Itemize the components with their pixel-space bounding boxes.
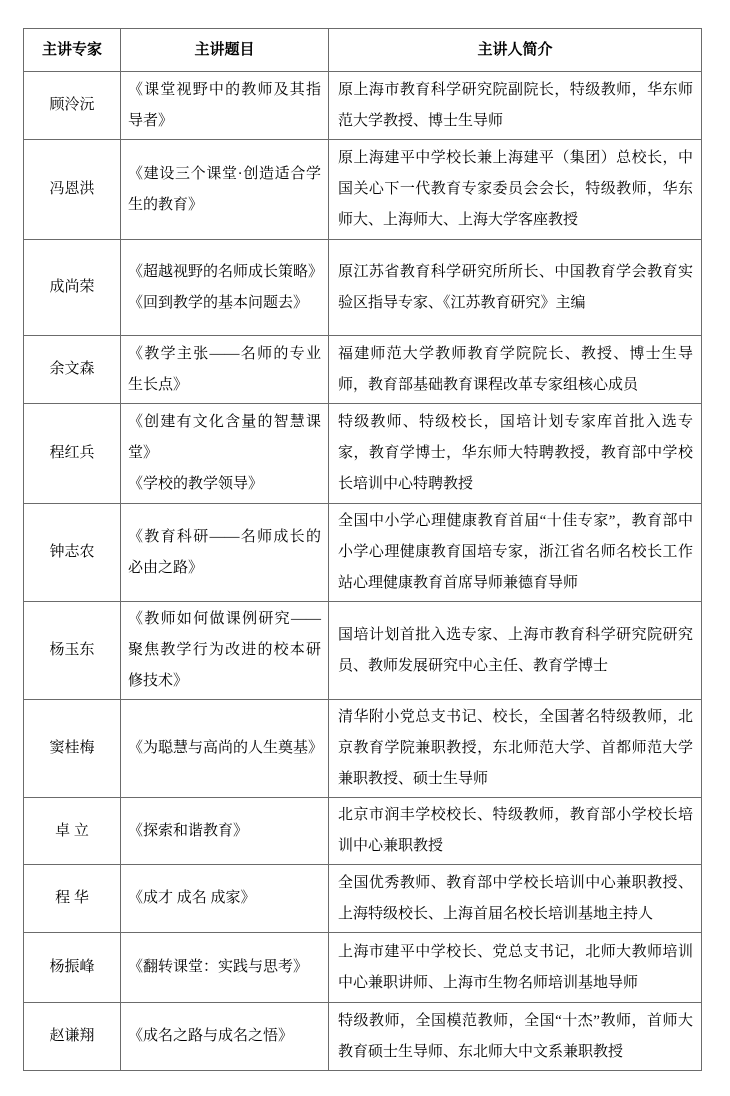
topic-cell: 《成名之路与成名之悟》 [121,1003,329,1071]
topic-cell: 《成才 成名 成家》 [121,865,329,933]
expert-name-cell: 杨玉东 [24,602,121,700]
table-row: 赵谦翔 《成名之路与成名之悟》 特级教师，全国模范教师，全国“十杰”教师，首师大… [24,1003,702,1071]
expert-name-cell: 窦桂梅 [24,700,121,798]
expert-name-cell: 顾泠沅 [24,72,121,140]
table-row: 成尚荣 《超越视野的名师成长策略》 《回到教学的基本问题去》 原江苏省教育科学研… [24,240,702,336]
expert-name-cell: 钟志农 [24,504,121,602]
bio-cell: 上海市建平中学校长、党总支书记，北师大教师培训中心兼职讲师、上海市生物名师培训基… [329,933,702,1003]
topic-title: 《课堂视野中的教师及其指导者》 [128,75,321,137]
topic-title: 《建设三个课堂·创造适合学生的教育》 [128,159,321,221]
bio-cell: 北京市润丰学校校长、特级教师，教育部小学校长培训中心兼职教授 [329,798,702,865]
topic-title: 《创建有文化含量的智慧课堂》 [128,407,321,469]
topic-cell: 《教育科研——名师成长的必由之路》 [121,504,329,602]
topic-cell: 《创建有文化含量的智慧课堂》 《学校的教学领导》 [121,404,329,504]
table-row: 余文森 《教学主张——名师的专业生长点》 福建师范大学教师教育学院院长、教授、博… [24,336,702,404]
topic-cell: 《教师如何做课例研究——聚焦教学行为改进的校本研修技术》 [121,602,329,700]
topic-title: 《回到教学的基本问题去》 [128,288,321,319]
bio-cell: 特级教师，全国模范教师，全国“十杰”教师，首师大教育硕士生导师、东北师大中文系兼… [329,1003,702,1071]
header-expert: 主讲专家 [24,29,121,72]
topic-title: 《成才 成名 成家》 [128,883,321,914]
topic-cell: 《建设三个课堂·创造适合学生的教育》 [121,140,329,240]
expert-name-cell: 杨振峰 [24,933,121,1003]
topic-title: 《超越视野的名师成长策略》 [128,257,321,288]
bio-cell: 福建师范大学教师教育学院院长、教授、博士生导师，教育部基础教育课程改革专家组核心… [329,336,702,404]
expert-name-cell: 成尚荣 [24,240,121,336]
topic-title: 《教师如何做课例研究——聚焦教学行为改进的校本研修技术》 [128,604,321,697]
header-row: 主讲专家 主讲题目 主讲人简介 [24,29,702,72]
expert-name-cell: 余文森 [24,336,121,404]
topic-cell: 《超越视野的名师成长策略》 《回到教学的基本问题去》 [121,240,329,336]
table-row: 卓 立 《探索和谐教育》 北京市润丰学校校长、特级教师，教育部小学校长培训中心兼… [24,798,702,865]
topic-title: 《探索和谐教育》 [128,816,321,847]
topic-title: 《教育科研——名师成长的必由之路》 [128,522,321,584]
expert-name-cell: 赵谦翔 [24,1003,121,1071]
bio-cell: 国培计划首批入选专家、上海市教育科学研究院研究员、教师发展研究中心主任、教育学博… [329,602,702,700]
topic-cell: 《为聪慧与高尚的人生奠基》 [121,700,329,798]
topic-title: 《教学主张——名师的专业生长点》 [128,339,321,401]
document-page: 主讲专家 主讲题目 主讲人简介 顾泠沅 《课堂视野中的教师及其指导者》 原上海市… [0,0,730,1096]
table-row: 杨玉东 《教师如何做课例研究——聚焦教学行为改进的校本研修技术》 国培计划首批入… [24,602,702,700]
table-row: 顾泠沅 《课堂视野中的教师及其指导者》 原上海市教育科学研究院副院长，特级教师，… [24,72,702,140]
header-bio: 主讲人简介 [329,29,702,72]
expert-name-cell: 程红兵 [24,404,121,504]
topic-cell: 《课堂视野中的教师及其指导者》 [121,72,329,140]
lecturers-table: 主讲专家 主讲题目 主讲人简介 顾泠沅 《课堂视野中的教师及其指导者》 原上海市… [23,28,702,1071]
expert-name-cell: 冯恩洪 [24,140,121,240]
topic-cell: 《翻转课堂：实践与思考》 [121,933,329,1003]
topic-title: 《学校的教学领导》 [128,469,321,500]
table-row: 程红兵 《创建有文化含量的智慧课堂》 《学校的教学领导》 特级教师、特级校长，国… [24,404,702,504]
bio-cell: 原上海建平中学校长兼上海建平（集团）总校长，中国关心下一代教育专家委员会会长，特… [329,140,702,240]
topic-title: 《翻转课堂：实践与思考》 [128,952,321,983]
bio-cell: 特级教师、特级校长，国培计划专家库首批入选专家，教育学博士，华东师大特聘教授，教… [329,404,702,504]
topic-title: 《为聪慧与高尚的人生奠基》 [128,733,321,764]
topic-cell: 《探索和谐教育》 [121,798,329,865]
table-row: 杨振峰 《翻转课堂：实践与思考》 上海市建平中学校长、党总支书记，北师大教师培训… [24,933,702,1003]
topic-cell: 《教学主张——名师的专业生长点》 [121,336,329,404]
expert-name-cell: 程 华 [24,865,121,933]
bio-cell: 原江苏省教育科学研究所所长、中国教育学会教育实验区指导专家、《江苏教育研究》主编 [329,240,702,336]
expert-name-cell: 卓 立 [24,798,121,865]
bio-cell: 全国中小学心理健康教育首届“十佳专家”，教育部中小学心理健康教育国培专家，浙江省… [329,504,702,602]
bio-cell: 清华附小党总支书记、校长，全国著名特级教师，北京教育学院兼职教授，东北师范大学、… [329,700,702,798]
bio-cell: 原上海市教育科学研究院副院长，特级教师，华东师范大学教授、博士生导师 [329,72,702,140]
table-row: 钟志农 《教育科研——名师成长的必由之路》 全国中小学心理健康教育首届“十佳专家… [24,504,702,602]
table-row: 程 华 《成才 成名 成家》 全国优秀教师、教育部中学校长培训中心兼职教授、上海… [24,865,702,933]
topic-title: 《成名之路与成名之悟》 [128,1021,321,1052]
table-row: 窦桂梅 《为聪慧与高尚的人生奠基》 清华附小党总支书记、校长，全国著名特级教师，… [24,700,702,798]
table-row: 冯恩洪 《建设三个课堂·创造适合学生的教育》 原上海建平中学校长兼上海建平（集团… [24,140,702,240]
header-topic: 主讲题目 [121,29,329,72]
bio-cell: 全国优秀教师、教育部中学校长培训中心兼职教授、上海特级校长、上海首届名校长培训基… [329,865,702,933]
